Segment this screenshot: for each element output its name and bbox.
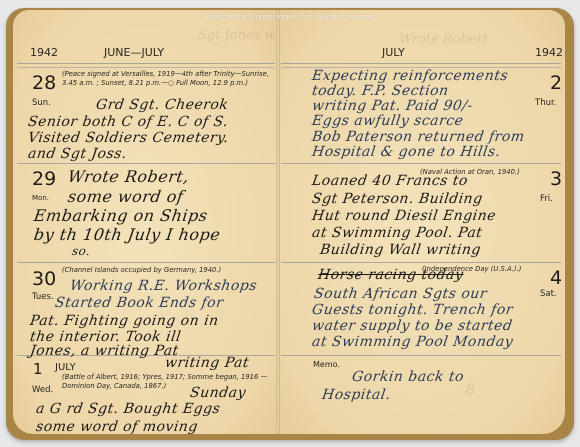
watermark: Published by Kinnanimages.com, all right… (0, 12, 580, 21)
left-year: 1942 (30, 46, 58, 59)
day-divider (17, 262, 275, 263)
handwriting-line: Hospital & gone to Hills. (311, 143, 502, 162)
right-month-title: JULY (382, 46, 405, 59)
weekday: Wed. (32, 385, 53, 395)
handwriting-line: and Sgt Joss. (27, 145, 128, 164)
handwriting-line: Building Wall writing (319, 241, 482, 260)
handwriting-line: Started Book Ends for (54, 294, 225, 313)
handwriting-line: Embarking on Ships (33, 206, 209, 225)
handwriting-line: Wrote Robert, (67, 167, 191, 186)
day-divider (281, 355, 561, 356)
handwriting-line: so. (71, 242, 92, 261)
weekday: Sat. (540, 289, 557, 299)
month-label: JULY (55, 362, 76, 373)
day-number: 29 (32, 168, 56, 190)
handwriting-line: a G rd Sgt. Bought Eggs (35, 400, 222, 419)
header-rule (17, 63, 275, 68)
day-number: 1 (33, 360, 43, 378)
printed-note: (Peace signed at Versailles, 1919—4th af… (62, 70, 274, 87)
handwriting-line: at Swimming Pool Monday (311, 333, 515, 352)
day-number: 30 (32, 268, 56, 290)
bleed-through-text: Wrote Robert (399, 32, 488, 47)
book-spine (276, 10, 280, 434)
handwriting-line: writing Pat (164, 354, 251, 373)
day-divider (281, 163, 561, 164)
handwriting-line: Loaned 40 Francs to (311, 172, 470, 191)
weekday: Fri. (540, 194, 553, 204)
day-number: 3 (550, 168, 562, 190)
handwriting-line: some word of (67, 187, 185, 206)
day-divider (281, 262, 561, 263)
memo-label: Memo. (313, 360, 340, 369)
weekday: Tues. (32, 292, 54, 302)
day-number: 4 (550, 267, 562, 289)
right-year: 1942 (535, 46, 563, 59)
bleed-through-text: Sgt Jones whooping cough (198, 28, 277, 43)
weekday: Mon. (32, 194, 49, 202)
printed-note: (Channel Islands occupied by Germany, 19… (62, 266, 274, 275)
memo-handwriting-line: Hospital. (321, 386, 392, 405)
handwriting-line: some word of moving (35, 418, 199, 437)
day-number: 2 (550, 72, 562, 94)
handwriting-line-struck: Horse racing today (317, 266, 465, 285)
handwriting-line: by th 10th July I hope (33, 225, 222, 244)
bleed-through-text: 8 (465, 380, 475, 399)
weekday: Sun. (32, 98, 51, 108)
memo-handwriting-line: Gorkin back to (351, 368, 466, 387)
left-month-title: JUNE—JULY (104, 46, 164, 59)
weekday: Thur. (535, 98, 556, 108)
handwriting-line: Jones, a writing Pat (29, 342, 180, 361)
day-number: 28 (32, 72, 56, 94)
